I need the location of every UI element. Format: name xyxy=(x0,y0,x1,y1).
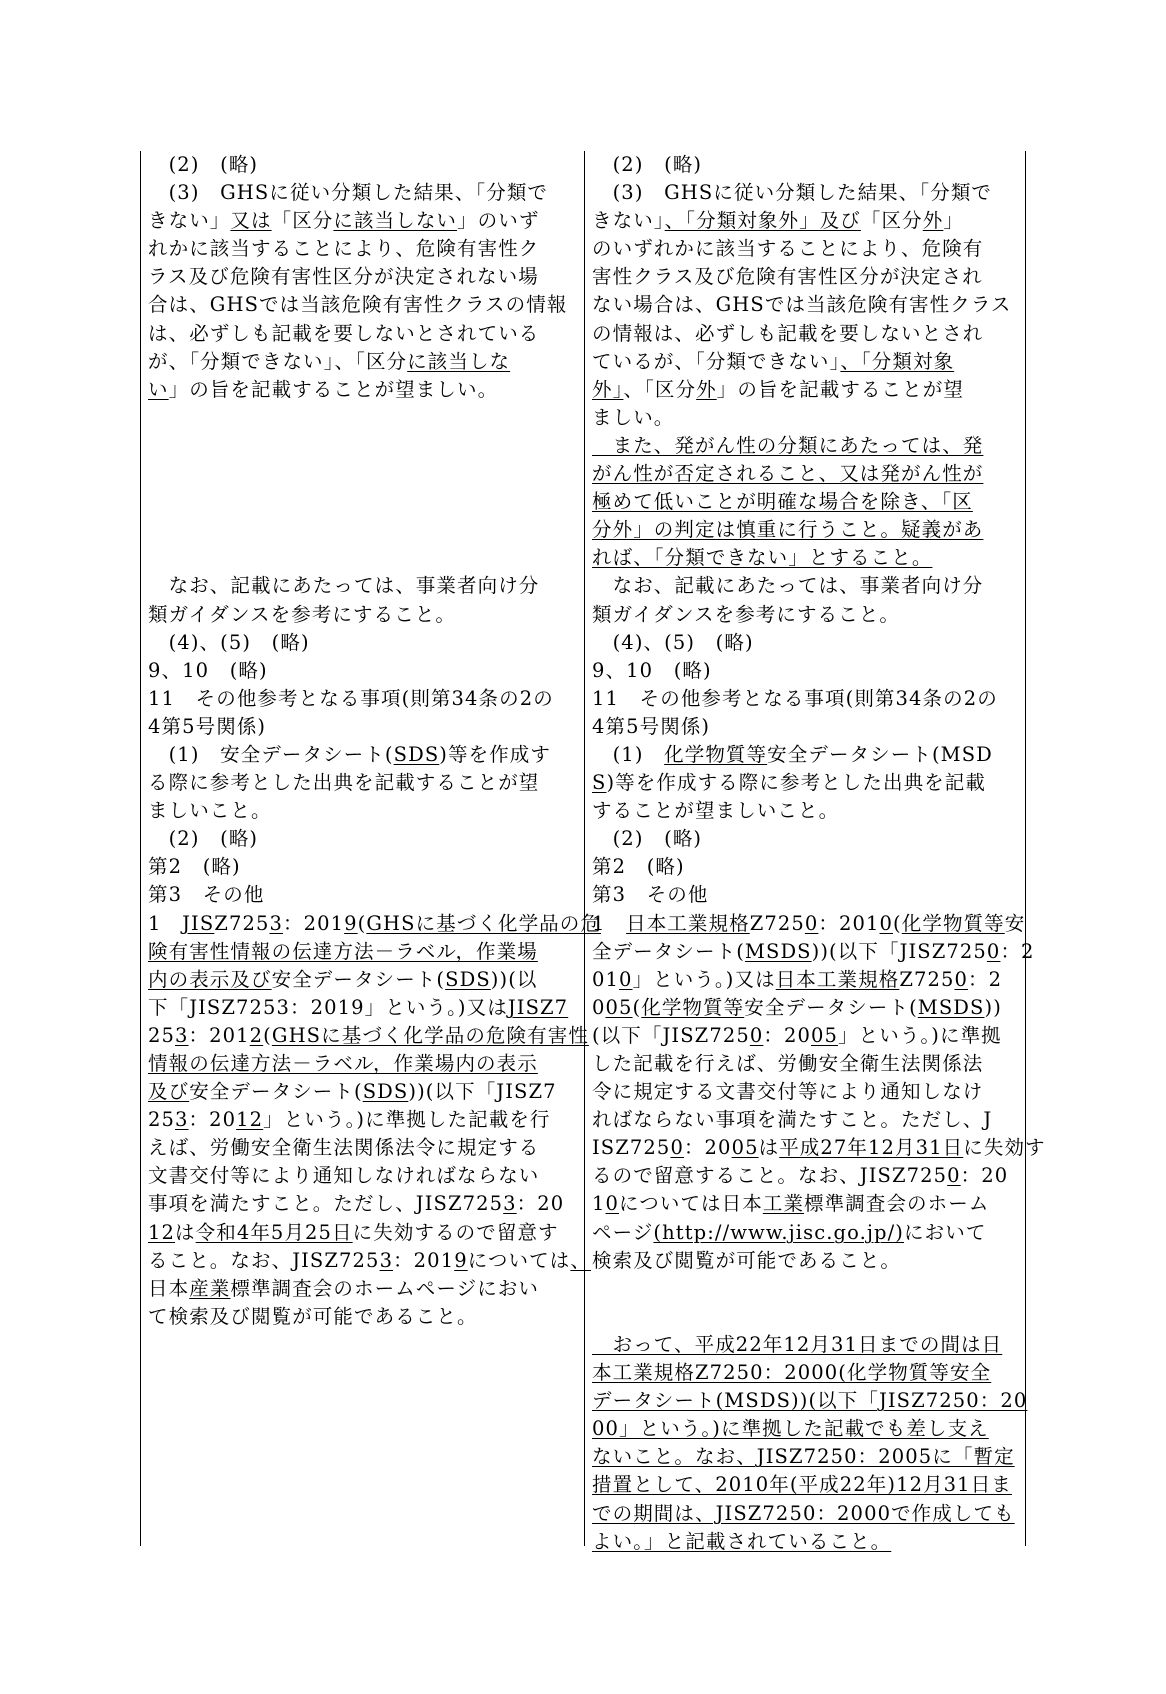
text-segment: ：20 xyxy=(763,1024,811,1047)
text-line: (2) (略) xyxy=(592,825,1016,853)
text-line: 005(化学物質等安全データシート(MSDS)) xyxy=(592,994,1016,1022)
text-segment: (3) GHSに従い分類した結果、「分類で xyxy=(592,181,992,204)
text-line: 類ガイダンスを参考にすること。 xyxy=(148,601,572,629)
underlined-amendment: い xyxy=(148,378,169,401)
text-segment: ))(以下「JISZ725 xyxy=(812,940,987,963)
underlined-amendment: 05 xyxy=(732,1136,759,1159)
text-segment: Z725 xyxy=(899,968,954,991)
text-line: (1) 化学物質等安全データシート(MSD xyxy=(592,741,1016,769)
text-segment: (4)、(5) (略) xyxy=(148,631,310,654)
text-segment: 安全データシート( xyxy=(272,968,446,991)
underlined-amendment: よい。」と記載されていること。 xyxy=(592,1530,891,1553)
text-segment: て検索及び閲覧が可能であること。 xyxy=(148,1305,478,1328)
text-segment: Z725 xyxy=(750,912,805,935)
text-line xyxy=(148,544,572,572)
text-line xyxy=(148,460,572,488)
text-segment: は xyxy=(175,1221,196,1244)
text-line: (3) GHSに従い分類した結果、「分類で xyxy=(592,179,1016,207)
text-segment: 全データシート( xyxy=(592,940,745,963)
text-line: 令に規定する文書交付等により通知しなけ xyxy=(592,1078,1016,1106)
text-segment: 合は、GHSでは当該危険有害性クラスの情報 xyxy=(148,293,567,316)
text-segment: の情報は、必ずしも記載を要しないとされ xyxy=(592,322,983,345)
text-line xyxy=(592,1275,1016,1303)
text-line: また、発がん性の分類にあたっては、発 xyxy=(592,432,1016,460)
text-segment: ：201 xyxy=(393,1249,454,1272)
text-segment: 安全データシート( xyxy=(189,1080,363,1103)
text-line: なお、記載にあたっては、事業者向け分 xyxy=(592,572,1016,600)
text-segment: れかに該当することにより、危険有害性ク xyxy=(148,237,539,260)
text-segment: については xyxy=(468,1249,571,1272)
text-segment: については日本 xyxy=(619,1192,763,1215)
text-segment: 標準調査会のホームページにおい xyxy=(230,1277,539,1300)
text-segment: 、「区分 xyxy=(623,378,696,401)
underlined-amendment: 0 xyxy=(750,1024,764,1047)
text-segment: 4第5号関係) xyxy=(592,715,710,738)
text-line: ない場合は、GHSでは当該危険有害性クラス xyxy=(592,291,1016,319)
text-line: れば、「分類できない」とすること。 xyxy=(592,544,1016,572)
text-line xyxy=(592,1303,1016,1331)
text-segment: 事項を満たすこと。ただし、JISZ725 xyxy=(148,1192,503,1215)
text-segment: 「区分 xyxy=(272,209,334,232)
text-line xyxy=(148,516,572,544)
underlined-amendment: ないこと。なお、JISZ7250：2005に「暫定 xyxy=(592,1445,1015,1468)
text-segment: において xyxy=(904,1221,986,1244)
text-segment: 0 xyxy=(592,996,606,1019)
text-segment: ましいこと。 xyxy=(148,799,272,822)
underlined-amendment: 3 xyxy=(503,1192,517,1215)
underlined-amendment: S xyxy=(592,771,606,794)
text-segment: 」という。)に準拠した記載を行 xyxy=(263,1108,550,1131)
text-segment: )) xyxy=(985,996,1002,1019)
text-line: 極めて低いことが明確な場合を除き、「区 xyxy=(592,488,1016,516)
text-line: 分外」の判定は慎重に行うこと。疑義があ xyxy=(592,516,1016,544)
underlined-amendment: 3 xyxy=(175,1024,189,1047)
underlined-amendment: 0 xyxy=(619,968,633,991)
underlined-amendment: 平成27年12月31日 xyxy=(779,1136,963,1159)
text-segment: ラス及び危険有害性区分が決定されない場 xyxy=(148,265,539,288)
underlined-amendment: 分外」の判定は慎重に行うこと。疑義があ xyxy=(592,518,983,541)
underlined-amendment: 令和4年5月25日 xyxy=(196,1221,353,1244)
text-segment: 」という。)に準拠 xyxy=(838,1024,1002,1047)
text-line: 険有害性情報の伝達方法－ラベル，作業場 xyxy=(148,938,572,966)
text-line: ラス及び危険有害性区分が決定されない場 xyxy=(148,263,572,291)
text-line: (以下「JISZ7250：2005」という。)に準拠 xyxy=(592,1022,1016,1050)
text-segment: )等を作成す xyxy=(439,743,551,766)
text-line: ページ(http://www.jisc.go.jp/)において xyxy=(592,1219,1016,1247)
text-line: 9、10 (略) xyxy=(592,657,1016,685)
text-segment: 標準調査会のホーム xyxy=(804,1192,989,1215)
text-segment: (2) (略) xyxy=(148,153,258,176)
text-line: 措置として、2010年(平成22年)12月31日ま xyxy=(592,1471,1016,1499)
underlined-amendment: 3 xyxy=(269,912,283,935)
text-line: での期間は、JISZ7250：2000で作成しても xyxy=(592,1500,1016,1528)
text-line: (2) (略) xyxy=(592,151,1016,179)
underlined-amendment: SDS xyxy=(445,968,491,991)
text-segment: ればならない事項を満たすこと。ただし、J xyxy=(592,1108,992,1131)
text-segment: 9、10 (略) xyxy=(592,659,712,682)
underlined-amendment: 産業 xyxy=(189,1277,230,1300)
underlined-amendment: 05 xyxy=(811,1024,838,1047)
underlined-amendment: 3 xyxy=(380,1249,394,1272)
text-line: て検索及び閲覧が可能であること。 xyxy=(148,1303,572,1331)
text-segment: ))(以下「JISZ7 xyxy=(408,1080,556,1103)
underlined-amendment: 、 xyxy=(570,1249,591,1272)
underlined-amendment: 又は xyxy=(230,209,271,232)
text-segment: ：201 xyxy=(818,912,879,935)
text-segment: 」の旨を記載することが望ましい。 xyxy=(169,378,499,401)
underlined-amendment: 05 xyxy=(606,996,633,1019)
text-segment: 11 その他参考となる事項(則第34条の2の xyxy=(592,687,998,710)
underlined-amendment: 情報の伝達方法－ラベル，作業場内の表示 xyxy=(148,1052,538,1075)
text-segment: のいずれかに該当することにより、危険有 xyxy=(592,237,983,260)
underlined-amendment: また、発がん性の分類にあたっては、発 xyxy=(592,434,983,457)
text-segment: 第3 その他 xyxy=(148,883,265,906)
text-segment: Z725 xyxy=(214,912,269,935)
text-line: 及び安全データシート(SDS))(以下「JISZ7 xyxy=(148,1078,572,1106)
text-segment: 安全データシート( xyxy=(744,996,918,1019)
text-line: なお、記載にあたっては、事業者向け分 xyxy=(148,572,572,600)
text-line: 日本産業標準調査会のホームページにおい xyxy=(148,1275,572,1303)
underlined-amendment: 0 xyxy=(947,1164,961,1187)
text-line: 010」という。)又は日本工業規格Z7250：2 xyxy=(592,966,1016,994)
text-segment: (1) 安全データシート( xyxy=(148,743,394,766)
text-segment: ISZ725 xyxy=(592,1136,670,1159)
underlined-amendment: 化学物質等 xyxy=(664,743,767,766)
underlined-amendment: 及び xyxy=(148,1080,189,1103)
text-line: きない」又は「区分に該当しない」のいず xyxy=(148,207,572,235)
text-segment: 1 xyxy=(592,912,626,935)
text-segment: 安 xyxy=(1005,912,1026,935)
text-segment: きない」 xyxy=(148,209,230,232)
text-line: 1 JISZ7253：2019(GHSに基づく化学品の危 xyxy=(148,910,572,938)
text-line: よい。」と記載されていること。 xyxy=(592,1528,1016,1556)
underlined-amendment: 00」という。)に準拠した記載でも差し支え xyxy=(592,1417,989,1440)
text-line: 本工業規格Z7250：2000(化学物質等安全 xyxy=(592,1359,1016,1387)
text-line: ISZ7250：2005は平成27年12月31日に失効す xyxy=(592,1134,1016,1162)
text-segment: ( xyxy=(633,996,642,1019)
table-border-left xyxy=(140,151,141,1546)
text-line xyxy=(148,404,572,432)
underlined-amendment: 化学物質等 xyxy=(641,996,744,1019)
underlined-amendment: 3 xyxy=(175,1108,189,1131)
underlined-amendment: れば、「分類できない」とすること。 xyxy=(592,546,932,569)
text-line: ること。なお、JISZ7253：2019については、 xyxy=(148,1247,572,1275)
table-border-right xyxy=(1025,151,1026,1546)
text-line: ないこと。なお、JISZ7250：2005に「暫定 xyxy=(592,1443,1016,1471)
text-line: 害性クラス及び危険有害性区分が決定され xyxy=(592,263,1016,291)
text-line: 情報の伝達方法－ラベル，作業場内の表示 xyxy=(148,1050,572,1078)
underlined-amendment: 化学物質等 xyxy=(902,912,1005,935)
underlined-amendment: がん性が否定されること、又は発がん性が xyxy=(592,462,983,485)
text-segment: きない」 xyxy=(592,209,665,232)
text-segment: することが望ましいこと。 xyxy=(592,799,839,822)
text-line: 00」という。)に準拠した記載でも差し支え xyxy=(592,1415,1016,1443)
text-segment: (以下「JISZ725 xyxy=(592,1024,750,1047)
text-segment: ：20 xyxy=(189,1108,237,1131)
text-line: の情報は、必ずしも記載を要しないとされ xyxy=(592,320,1016,348)
text-segment: ：20 xyxy=(684,1136,732,1159)
text-segment: ( xyxy=(893,912,902,935)
text-line: い」の旨を記載することが望ましい。 xyxy=(148,376,572,404)
text-segment: 11 その他参考となる事項(則第34条の2の xyxy=(148,687,554,710)
text-segment: に失効するので留意す xyxy=(353,1221,559,1244)
underlined-amendment: 9 xyxy=(454,1249,468,1272)
comparison-table: (2) (略) (3) GHSに従い分類した結果、「分類できない」又は「区分に該… xyxy=(140,151,1026,1546)
underlined-amendment: 極めて低いことが明確な場合を除き、「区 xyxy=(592,490,973,513)
text-segment: (2) (略) xyxy=(592,153,702,176)
text-line: データシート(MSDS))(以下「JISZ7250：20 xyxy=(592,1387,1016,1415)
text-segment: (2) (略) xyxy=(592,827,702,850)
text-segment: ページ xyxy=(592,1221,653,1244)
underlined-amendment: MSDS xyxy=(918,996,985,1019)
text-line: (3) GHSに従い分類した結果、「分類で xyxy=(148,179,572,207)
underlined-amendment: 本工業規格Z7250：2000(化学物質等安全 xyxy=(592,1361,991,1384)
text-segment: ているが、「分類できない」 xyxy=(592,350,840,373)
text-line: る際に参考とした出典を記載することが望 xyxy=(148,769,572,797)
text-line: ましいこと。 xyxy=(148,797,572,825)
text-line: 第3 その他 xyxy=(148,881,572,909)
text-line: 9、10 (略) xyxy=(148,657,572,685)
underlined-amendment: 険有害性情報の伝達方法－ラベル，作業場 xyxy=(148,940,538,963)
text-line: (2) (略) xyxy=(148,151,572,179)
revised-text-column: (2) (略) (3) GHSに従い分類した結果、「分類できない」又は「区分に該… xyxy=(148,151,572,1331)
underlined-amendment: 外」 xyxy=(592,378,623,401)
table-border-middle xyxy=(584,151,585,1546)
underlined-amendment: MSDS xyxy=(745,940,812,963)
underlined-amendment: 工業 xyxy=(763,1192,804,1215)
text-line: 文書交付等により通知しなければならない xyxy=(148,1162,572,1190)
text-line: 4第5号関係) xyxy=(592,713,1016,741)
underlined-amendment: 12 xyxy=(236,1108,263,1131)
underlined-amendment: SDS xyxy=(394,743,440,766)
underlined-amendment: 2 xyxy=(250,1024,264,1047)
text-line xyxy=(148,488,572,516)
underlined-amendment: GHSに基づく化学品の危 xyxy=(366,912,601,935)
text-line: 1 日本工業規格Z7250：2010(化学物質等安 xyxy=(592,910,1016,938)
text-segment: 」という。)又は xyxy=(633,968,776,991)
text-segment: 01 xyxy=(592,968,619,991)
underlined-amendment: SDS xyxy=(363,1080,409,1103)
text-segment: )等を作成する際に参考とした出典を記載 xyxy=(606,771,986,794)
text-segment: (4)、(5) (略) xyxy=(592,631,754,654)
underlined-amendment: 日本工業規格 xyxy=(626,912,750,935)
text-segment: ：20 xyxy=(961,1164,1009,1187)
text-line: 類ガイダンスを参考にすること。 xyxy=(592,601,1016,629)
text-segment: ：201 xyxy=(283,912,344,935)
text-segment: 類ガイダンスを参考にすること。 xyxy=(592,603,900,626)
text-segment: 9、10 (略) xyxy=(148,659,268,682)
underlined-amendment: JISZ7 xyxy=(508,996,568,1019)
text-segment: 4第5号関係) xyxy=(148,715,266,738)
text-segment: ：2 xyxy=(968,968,1002,991)
text-line: が、「分類できない」、「区分に該当しな xyxy=(148,348,572,376)
text-segment: 25 xyxy=(148,1108,175,1131)
underlined-amendment: 0 xyxy=(954,968,968,991)
text-segment: 第3 その他 xyxy=(592,883,709,906)
underlined-amendment: 日本工業規格 xyxy=(776,968,900,991)
text-segment: る際に参考とした出典を記載することが望 xyxy=(148,771,539,794)
underlined-amendment: 0 xyxy=(880,912,894,935)
text-segment: るので留意すること。なお、JISZ725 xyxy=(592,1164,947,1187)
current-text-column: (2) (略) (3) GHSに従い分類した結果、「分類できない」、「分類対象外… xyxy=(592,151,1016,1556)
text-segment: 「区分 xyxy=(861,209,923,232)
text-segment: えば、労働安全衛生法関係法令に規定する xyxy=(148,1136,539,1159)
text-line: (1) 安全データシート(SDS)等を作成す xyxy=(148,741,572,769)
text-segment: に失効す xyxy=(963,1136,1045,1159)
text-line: (4)、(5) (略) xyxy=(148,629,572,657)
underlined-amendment: おって、平成22年12月31日までの間は日 xyxy=(592,1333,1002,1356)
underlined-amendment: 、「分類対象 xyxy=(840,350,954,373)
text-line: えば、労働安全衛生法関係法令に規定する xyxy=(148,1134,572,1162)
text-line: るので留意すること。なお、JISZ7250：20 xyxy=(592,1162,1016,1190)
underlined-amendment: 12 xyxy=(148,1221,175,1244)
text-line: 第2 (略) xyxy=(592,853,1016,881)
underlined-amendment: に該当しない xyxy=(333,209,457,232)
text-segment: ない場合は、GHSでは当該危険有害性クラス xyxy=(592,293,1011,316)
text-line: がん性が否定されること、又は発がん性が xyxy=(592,460,1016,488)
underlined-amendment: データシート(MSDS))(以下「JISZ7250：20 xyxy=(592,1389,1027,1412)
text-segment: 類ガイダンスを参考にすること。 xyxy=(148,603,456,626)
text-line: のいずれかに該当することにより、危険有 xyxy=(592,235,1016,263)
text-segment: した記載を行えば、労働安全衛生法関係法 xyxy=(592,1052,983,1075)
text-segment: が、「分類できない」、「区分 xyxy=(148,350,407,373)
underlined-amendment: に該当しな xyxy=(407,350,510,373)
text-segment: ること。なお、JISZ725 xyxy=(148,1249,380,1272)
text-line: おって、平成22年12月31日までの間は日 xyxy=(592,1331,1016,1359)
text-line: することが望ましいこと。 xyxy=(592,797,1016,825)
text-segment: ：20 xyxy=(517,1192,565,1215)
text-segment: (2) (略) xyxy=(148,827,258,850)
text-line: ればならない事項を満たすこと。ただし、J xyxy=(592,1106,1016,1134)
text-segment: 下「JISZ7253：2019」という。)又は xyxy=(148,996,508,1019)
underlined-amendment: 0 xyxy=(805,912,819,935)
text-line: (2) (略) xyxy=(148,825,572,853)
underlined-amendment: 措置として、2010年(平成22年)12月31日ま xyxy=(592,1473,1012,1496)
text-line: れかに該当することにより、危険有害性ク xyxy=(148,235,572,263)
text-line: 12は令和4年5月25日に失効するので留意す xyxy=(148,1219,572,1247)
underlined-amendment: 0 xyxy=(606,1192,620,1215)
underlined-amendment: 、「分類対象外」及び xyxy=(665,209,861,232)
text-line: 全データシート(MSDS))(以下「JISZ7250：2 xyxy=(592,938,1016,966)
text-segment: 1 xyxy=(592,1192,606,1215)
text-line: 内の表示及び安全データシート(SDS))(以 xyxy=(148,966,572,994)
text-segment: ( xyxy=(263,1024,272,1047)
underlined-amendment: 0 xyxy=(987,940,1001,963)
underlined-amendment: JIS xyxy=(182,912,214,935)
text-segment: ：2 xyxy=(1000,940,1034,963)
underlined-amendment: 0 xyxy=(670,1136,684,1159)
text-line: 253：2012(GHSに基づく化学品の危険有害性 xyxy=(148,1022,572,1050)
text-segment: (3) GHSに従い分類した結果、「分類で xyxy=(148,181,548,204)
text-segment: なお、記載にあたっては、事業者向け分 xyxy=(592,574,983,597)
text-line: 事項を満たすこと。ただし、JISZ7253：20 xyxy=(148,1190,572,1218)
text-line: 合は、GHSでは当該危険有害性クラスの情報 xyxy=(148,291,572,319)
underlined-amendment: GHSに基づく化学品の危険有害性 xyxy=(272,1024,589,1047)
underlined-amendment: 内の表示及び xyxy=(148,968,272,991)
text-line: 検索及び閲覧が可能であること。 xyxy=(592,1247,1016,1275)
text-line: 下「JISZ7253：2019」という。)又はJISZ7 xyxy=(148,994,572,1022)
underlined-amendment: 9 xyxy=(344,912,358,935)
text-segment: 第2 (略) xyxy=(592,855,685,878)
text-segment: 25 xyxy=(148,1024,175,1047)
text-segment: 令に規定する文書交付等により通知しなけ xyxy=(592,1080,983,1103)
text-segment: 」 xyxy=(943,209,964,232)
text-line: 253：2012」という。)に準拠した記載を行 xyxy=(148,1106,572,1134)
underlined-amendment: 外 xyxy=(696,378,717,401)
text-line: ているが、「分類できない」、「分類対象 xyxy=(592,348,1016,376)
text-segment: は、必ずしも記載を要しないとされている xyxy=(148,322,539,345)
text-segment: 1 xyxy=(148,912,182,935)
text-segment: 害性クラス及び危険有害性区分が決定され xyxy=(592,265,983,288)
text-segment: 検索及び閲覧が可能であること。 xyxy=(592,1249,901,1272)
text-line: 11 その他参考となる事項(則第34条の2の xyxy=(592,685,1016,713)
text-segment: は xyxy=(759,1136,780,1159)
text-segment: ))(以 xyxy=(491,968,538,991)
underlined-amendment: (http://www.jisc.go.jp/) xyxy=(653,1221,904,1244)
text-line: は、必ずしも記載を要しないとされている xyxy=(148,320,572,348)
text-segment: なお、記載にあたっては、事業者向け分 xyxy=(148,574,539,597)
underlined-amendment: 外 xyxy=(923,209,944,232)
text-line: 第3 その他 xyxy=(592,881,1016,909)
underlined-amendment: での期間は、JISZ7250：2000で作成しても xyxy=(592,1502,1015,1525)
text-segment: ：201 xyxy=(189,1024,250,1047)
text-line: S)等を作成する際に参考とした出典を記載 xyxy=(592,769,1016,797)
text-segment: (1) xyxy=(592,743,664,766)
text-line: 11 その他参考となる事項(則第34条の2の xyxy=(148,685,572,713)
text-segment: 日本 xyxy=(148,1277,189,1300)
text-segment: ましい。 xyxy=(592,406,674,429)
text-segment: 」の旨を記載することが望 xyxy=(717,378,964,401)
text-line: 4第5号関係) xyxy=(148,713,572,741)
text-line: 10については日本工業標準調査会のホーム xyxy=(592,1190,1016,1218)
text-line: 外」、「区分外」の旨を記載することが望 xyxy=(592,376,1016,404)
text-line: 第2 (略) xyxy=(148,853,572,881)
text-line: ましい。 xyxy=(592,404,1016,432)
text-line: した記載を行えば、労働安全衛生法関係法 xyxy=(592,1050,1016,1078)
text-segment: 文書交付等により通知しなければならない xyxy=(148,1164,539,1187)
text-segment: 第2 (略) xyxy=(148,855,241,878)
text-line xyxy=(148,432,572,460)
text-segment: 安全データシート(MSD xyxy=(767,743,993,766)
text-segment: 」のいず xyxy=(457,209,539,232)
text-line: (4)、(5) (略) xyxy=(592,629,1016,657)
text-line: きない」、「分類対象外」及び「区分外」 xyxy=(592,207,1016,235)
